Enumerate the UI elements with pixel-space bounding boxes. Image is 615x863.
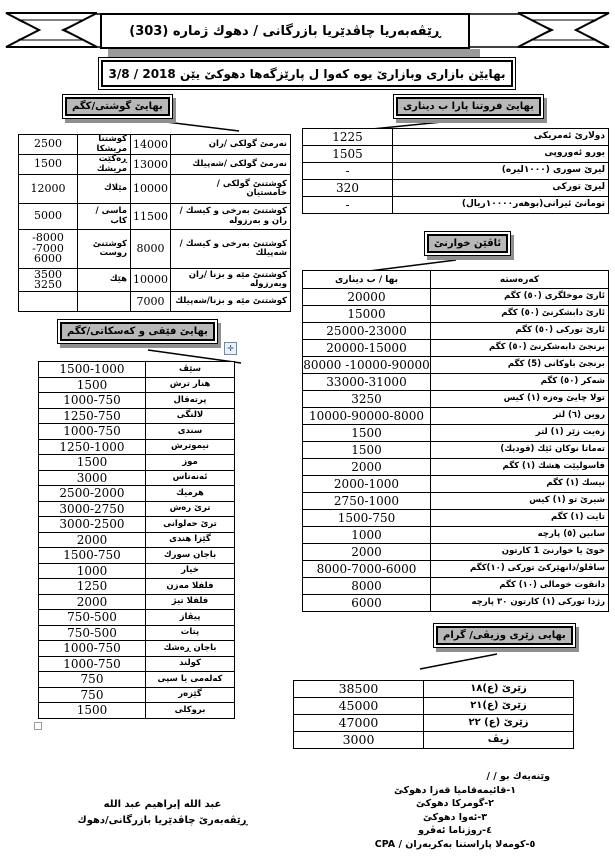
table-cell-name: زێرێ (ع)١٨: [424, 681, 574, 698]
table-cell-price: 20000: [303, 289, 431, 306]
date-banner: بهايێن بازارى وبازارێ يوه كەوا ل پارێزگە…: [98, 57, 516, 90]
table-row: لالنگى1250-750: [39, 408, 235, 424]
table-cell-name: شيرێ تو (١) كيس: [431, 493, 609, 510]
table-cell-price: 1500-750: [39, 548, 146, 564]
table-cell-name: خيار: [146, 563, 235, 579]
date-line: بهايێن بازارى وبازارێ يوه كەوا ل پارێزگە…: [109, 67, 506, 81]
table-cell-name: تومانێ ئيرانى(بوهەر١٠٠٠٠ريال): [393, 197, 609, 214]
distribution-item: ٣-ئەوا دهوكێ: [305, 811, 605, 825]
table-cell-name: بروكلى: [146, 703, 235, 719]
table-cell-name: خوێ يا خوارنێ 1 كارتون: [431, 544, 609, 561]
table-cell-p2: 12000: [19, 175, 78, 204]
table-row: گێزا هندى2000: [39, 532, 235, 548]
table-cell-price: 750-500: [39, 625, 146, 641]
table-cell-name: پرتەقال: [146, 393, 235, 409]
ribbon-tail-right-icon: [518, 13, 609, 47]
table-row: دولارێ ئەمريكى1225: [303, 129, 609, 146]
table-cell-price: 1250: [39, 579, 146, 595]
table-row: تولا چايێ وەزە (١) كيس3250: [303, 391, 609, 408]
table-cell-name: فاسوليێت هشك (١) كگم: [431, 459, 609, 476]
title-shadow-bar: [108, 49, 480, 57]
table-cell-price: 25000-23000: [303, 323, 431, 340]
table-resize-handle[interactable]: [34, 722, 42, 730]
table-row: فلفلا تيژ2000: [39, 594, 235, 610]
table-cell-price: 3000-2500: [39, 517, 146, 533]
table-row: زێرێ (ع) ٢٢47000: [294, 715, 574, 732]
table-cell-name: زيڤ: [424, 732, 574, 749]
table-cell-name: ترێ حەلوانى: [146, 517, 235, 533]
table-row: زێرێ (ع)٢١45000: [294, 698, 574, 715]
move-cross-icon: ✛: [227, 344, 234, 353]
table-cell-price: 3000: [39, 470, 146, 486]
table-cell-price: 1500: [303, 442, 431, 459]
table-row: بروكلى1500: [39, 703, 235, 719]
table-cell-name: باجان سورك: [146, 548, 235, 564]
table-row: زێرێ (ع)١٨38500: [294, 681, 574, 698]
table-cell-name: سێڤ: [146, 362, 235, 378]
table-cell-n1: كوشتنێ مێه و بزنا /ران وبەرزولە: [171, 269, 291, 292]
table-cell-p2: 2500: [19, 135, 78, 155]
gold-section-banner: بهايى زێرى وزيڤى/ گرام: [433, 623, 576, 648]
table-cell-price: 8000-7000-6000: [303, 561, 431, 578]
table-cell-p2: 3500 3250: [19, 269, 78, 292]
food-section-title: ئاڤێن خوارنێ: [427, 234, 508, 253]
table-row: سابين (٥) پارچە1000: [303, 527, 609, 544]
table-row: گێزەر750: [39, 687, 235, 703]
table-cell-n1: نەرمێ گولكى /ران: [171, 135, 291, 155]
ribbon-tail-left-icon: [6, 13, 97, 47]
table-cell-p1: 10000: [131, 269, 171, 292]
table-cell-n2: هێك: [78, 269, 131, 292]
table-row: باجان ڕەشك1000-750: [39, 641, 235, 657]
table-cell-name: كەلەمى يا سپى: [146, 672, 235, 688]
table-cell-n1: كوشتنێ بەرخى و كيسك /ران و بەرزولە: [171, 204, 291, 230]
table-cell-name: زێرێ (ع)٢١: [424, 698, 574, 715]
table-cell-price: 1000: [303, 527, 431, 544]
table-row: برنجێ دابەشكرنێ (٥٠) كگم20000-15000: [303, 340, 609, 357]
table-cell-n1: كوشتنێ مێه و بزنا/شەپيلك: [171, 292, 291, 312]
table-cell-price: -: [303, 163, 393, 180]
table-cell-price: 750: [39, 672, 146, 688]
table-row: يورو ئەوروپى1505: [303, 146, 609, 163]
table-move-handle-icon[interactable]: ✛: [224, 342, 237, 355]
food-item-column-header: كەرەستە: [431, 271, 609, 289]
fruit-vegetable-price-table: سێڤ1500-1000هنار ترش1500پرتەقال1000-750ل…: [38, 361, 235, 719]
table-cell-n1: كوشتنێ بەرخى و كيسك / شەپيلك: [171, 230, 291, 269]
table-cell-price: 20000-15000: [303, 340, 431, 357]
table-row: خيار1000: [39, 563, 235, 579]
table-cell-p2: 5000: [19, 204, 78, 230]
table-cell-p2: 1500: [19, 155, 78, 175]
table-cell-name: سابين (٥) پارچە: [431, 527, 609, 544]
table-cell-price: 1500: [39, 703, 146, 719]
table-row: موز1500: [39, 455, 235, 471]
table-row: ئارێ موخلگرى (٥٠) كگم20000: [303, 289, 609, 306]
table-row: برنجێ باوكانى (5) كگم10000-90000- 80000: [303, 357, 609, 374]
table-cell-name: پيڤاز: [146, 610, 235, 626]
table-cell-price: 1225: [303, 129, 393, 146]
table-row: روين (٦) لتر10000-90000-8000: [303, 408, 609, 425]
table-cell-p1: 8000: [131, 230, 171, 269]
table-row: سێڤ1500-1000: [39, 362, 235, 378]
table-cell-name: رژدا توركى (١) كارتون ٣٠ پارچە: [431, 595, 609, 612]
distribution-item: ٤-روژناما ئەڤرو: [305, 824, 605, 838]
table-cell-name: ترێ رەش: [146, 501, 235, 517]
table-cell-name: ساڤلو/دانهێركێ توركى (١٠)كگم: [431, 561, 609, 578]
table-cell-name: زێرێ (ع) ٢٢: [424, 715, 574, 732]
table-row: خوێ يا خوارنێ 1 كارتون2000: [303, 544, 609, 561]
table-cell-name: تايت (١) كگم: [431, 510, 609, 527]
table-row: كوشتنێ مێه و بزنا /ران وبەرزولە10000هێك3…: [19, 269, 291, 292]
table-cell-name: سندى: [146, 424, 235, 440]
table-cell-price: 10000-90000- 80000: [303, 357, 431, 374]
distribution-list: وێنەيەك بو / / ١-قائيمەقاميا قەزا دهوكێ …: [305, 770, 605, 851]
table-cell-name: باجان ڕەشك: [146, 641, 235, 657]
fruit-section-title: بهايێ فێقى و كەسكاتى/كگم: [60, 322, 215, 341]
table-row: ليرێ سورى (١٠٠٠ليره)-: [303, 163, 609, 180]
table-cell-n2: ڕەكێت مريشك: [78, 155, 131, 175]
table-row: كوشتنێ بەرخى و كيسك /ران و بەرزولە11500م…: [19, 204, 291, 230]
table-cell-name: شەكر (٥٠) كگم: [431, 374, 609, 391]
table-cell-name: كولند: [146, 656, 235, 672]
table-cell-p1: 7000: [131, 292, 171, 312]
table-cell-name: موز: [146, 455, 235, 471]
meat-banner-tail-icon: [148, 118, 243, 134]
table-cell-n2: كوشتنا مريشكا: [78, 135, 131, 155]
table-cell-price: 10000-90000-8000: [303, 408, 431, 425]
table-row: كوشتنێ مێه و بزنا/شەپيلك7000: [19, 292, 291, 312]
currency-section-banner: بهايێ فروتنا پارا ب دينارى: [393, 94, 544, 119]
table-cell-name: نيسك (١) كگم: [431, 476, 609, 493]
table-cell-price: 1000-750: [39, 656, 146, 672]
table-cell-name: ئارێ موخلگرى (٥٠) كگم: [431, 289, 609, 306]
signature-block: عبد الله إبراهيم عبد الله ڕێڤەبەرێ چاڤدێ…: [55, 797, 270, 829]
table-header-row: كەرەستە بها / ب دينارى: [303, 271, 609, 289]
table-row: ئارێ توركى (٥٠) كگم25000-23000: [303, 323, 609, 340]
food-supplies-table: كەرەستە بها / ب دينارى ئارێ موخلگرى (٥٠)…: [302, 270, 609, 612]
table-cell-price: 1000-750: [39, 393, 146, 409]
table-cell-name: تەماتا نوكان ئێك (قوديك): [431, 442, 609, 459]
table-row: كوشتنێ گولكى / خامستيان10000مێلاك12000: [19, 175, 291, 204]
price-bulletin-document: ڕێڤەبەريا چاڤدێريا بازرگانى / دهوك ژماره…: [0, 0, 615, 863]
table-row: كولند1000-750: [39, 656, 235, 672]
table-cell-price: 1250-750: [39, 408, 146, 424]
table-cell-name: روين (٦) لتر: [431, 408, 609, 425]
table-cell-p1: 10000: [131, 175, 171, 204]
table-cell-n1: كوشتنێ گولكى / خامستيان: [171, 175, 291, 204]
table-cell-price: 1500-750: [303, 510, 431, 527]
table-row: تايت (١) كگم1500-750: [303, 510, 609, 527]
table-cell-price: 1000: [39, 563, 146, 579]
table-cell-p1: 11500: [131, 204, 171, 230]
gold-section-title: بهايى زێرى وزيڤى/ گرام: [436, 626, 573, 645]
table-cell-price: 2750-1000: [303, 493, 431, 510]
table-cell-price: 3250: [303, 391, 431, 408]
table-cell-name: پتات: [146, 625, 235, 641]
table-cell-n2: ماسى / كاب: [78, 204, 131, 230]
page-title: ڕێڤەبەريا چاڤدێريا بازرگانى / دهوك ژماره…: [129, 24, 440, 39]
table-cell-name: نيموترش: [146, 439, 235, 455]
table-cell-name: گێزا هندى: [146, 532, 235, 548]
table-row: زەيت زێر (١) لتر1500: [303, 425, 609, 442]
table-cell-name: فلفلا مەزن: [146, 579, 235, 595]
table-row: دانقوت خومالى (١٠) كگم8000: [303, 578, 609, 595]
table-cell-price: 33000-31000: [303, 374, 431, 391]
food-section-banner: ئاڤێن خوارنێ: [424, 231, 511, 256]
table-cell-price: 2000: [303, 459, 431, 476]
table-row: پتات750-500: [39, 625, 235, 641]
distribution-item: ١-قائيمەقاميا قەزا دهوكێ: [305, 784, 605, 798]
table-cell-price: 8000: [303, 578, 431, 595]
table-cell-name: يورو ئەوروپى: [393, 146, 609, 163]
table-cell-p1: 14000: [131, 135, 171, 155]
table-cell-price: 6000: [303, 595, 431, 612]
table-cell-price: 1250-1000: [39, 439, 146, 455]
signature-title: ڕێڤەبەرێ چاڤدێريا بازرگانى/دهوك: [55, 813, 270, 829]
signature-name: عبد الله إبراهيم عبد الله: [55, 797, 270, 813]
table-cell-price: 750-500: [39, 610, 146, 626]
table-row: رژدا توركى (١) كارتون ٣٠ پارچە6000: [303, 595, 609, 612]
table-row: هرميك2500-2000: [39, 486, 235, 502]
table-row: ترێ حەلوانى3000-2500: [39, 517, 235, 533]
table-row: هنار ترش1500: [39, 377, 235, 393]
currency-section-title: بهايێ فروتنا پارا ب دينارى: [396, 97, 541, 116]
table-cell-name: هرميك: [146, 486, 235, 502]
table-row: نيسك (١) كگم2000-1000: [303, 476, 609, 493]
table-row: نيموترش1250-1000: [39, 439, 235, 455]
table-cell-price: 38500: [294, 681, 424, 698]
table-row: كەلەمى يا سپى750: [39, 672, 235, 688]
gold-silver-price-table: زێرێ (ع)١٨38500زێرێ (ع)٢١45000زێرێ (ع) ٢…: [293, 680, 574, 749]
table-row: نەرمێ گولكى /ران14000كوشتنا مريشكا2500: [19, 135, 291, 155]
table-row: شيرێ تو (١) كيس2750-1000: [303, 493, 609, 510]
table-cell-name: دانقوت خومالى (١٠) كگم: [431, 578, 609, 595]
table-cell-name: هنار ترش: [146, 377, 235, 393]
table-cell-price: 47000: [294, 715, 424, 732]
table-cell-p2: 8000- 7000- 6000: [19, 230, 78, 269]
table-cell-name: ئەنەناس: [146, 470, 235, 486]
table-cell-name: برنجێ دابەشكرنێ (٥٠) كگم: [431, 340, 609, 357]
distribution-item: ٢-گومركا دهوكێ: [305, 797, 605, 811]
table-row: تومانێ ئيرانى(بوهەر١٠٠٠٠ريال)-: [303, 197, 609, 214]
table-row: فاسوليێت هشك (١) كگم2000: [303, 459, 609, 476]
table-cell-name: لالنگى: [146, 408, 235, 424]
distribution-item: ٥-كومەلا پاراستنا بەكربەران / CPA: [305, 838, 605, 852]
distribution-list-title: وێنەيەك بو / /: [305, 770, 605, 784]
table-cell-n1: نەرمێ گولكى /شەپيلك: [171, 155, 291, 175]
table-row: باجان سورك1500-750: [39, 548, 235, 564]
table-cell-name: گێزەر: [146, 687, 235, 703]
document-title-box: ڕێڤەبەريا چاڤدێريا بازرگانى / دهوك ژماره…: [100, 13, 470, 49]
table-cell-price: 45000: [294, 698, 424, 715]
table-cell-name: زەيت زێر (١) لتر: [431, 425, 609, 442]
table-cell-price: 1500: [39, 455, 146, 471]
currency-exchange-table: دولارێ ئەمريكى1225يورو ئەوروپى1505ليرێ س…: [302, 128, 609, 214]
table-row: نەرمێ گولكى /شەپيلك13000ڕەكێت مريشك1500: [19, 155, 291, 175]
table-cell-price: 1500-1000: [39, 362, 146, 378]
table-row: فلفلا مەزن1250: [39, 579, 235, 595]
table-cell-price: 2500-2000: [39, 486, 146, 502]
table-row: ليرێ توركى320: [303, 180, 609, 197]
table-row: كوشتنێ بەرخى و كيسك / شەپيلك8000كوشتنێ ر…: [19, 230, 291, 269]
table-cell-name: تولا چايێ وەزە (١) كيس: [431, 391, 609, 408]
table-row: شەكر (٥٠) كگم33000-31000: [303, 374, 609, 391]
table-row: پيڤاز750-500: [39, 610, 235, 626]
table-cell-n2: [78, 292, 131, 312]
table-cell-name: ليرێ توركى: [393, 180, 609, 197]
table-cell-price: 1500: [303, 425, 431, 442]
table-cell-p1: 13000: [131, 155, 171, 175]
meat-section-title: بهايێ گوشتى/كگم: [65, 97, 170, 116]
table-row: ئارێ دابشكرنێ (٥٠) كگم15000: [303, 306, 609, 323]
table-row: ترێ رەش3000-2750: [39, 501, 235, 517]
table-cell-name: دولارێ ئەمريكى: [393, 129, 609, 146]
meat-price-table: نەرمێ گولكى /ران14000كوشتنا مريشكا2500نە…: [18, 134, 291, 312]
food-price-column-header: بها / ب دينارى: [303, 271, 431, 289]
table-cell-price: 2000-1000: [303, 476, 431, 493]
meat-section-banner: بهايێ گوشتى/كگم: [62, 94, 173, 119]
fruit-section-banner: بهايێ فێقى و كەسكاتى/كگم: [57, 319, 218, 344]
table-cell-price: 3000-2750: [39, 501, 146, 517]
table-cell-name: ئارێ توركى (٥٠) كگم: [431, 323, 609, 340]
table-row: زيڤ3000: [294, 732, 574, 749]
table-cell-price: 1500: [39, 377, 146, 393]
table-cell-price: 750: [39, 687, 146, 703]
table-row: ئەنەناس3000: [39, 470, 235, 486]
table-row: سندى1000-750: [39, 424, 235, 440]
table-cell-price: 2000: [39, 594, 146, 610]
table-row: ساڤلو/دانهێركێ توركى (١٠)كگم8000-7000-60…: [303, 561, 609, 578]
table-cell-name: فلفلا تيژ: [146, 594, 235, 610]
table-cell-name: ئارێ دابشكرنێ (٥٠) كگم: [431, 306, 609, 323]
table-cell-price: 3000: [294, 732, 424, 749]
table-cell-price: -: [303, 197, 393, 214]
table-cell-price: 2000: [39, 532, 146, 548]
table-cell-price: 15000: [303, 306, 431, 323]
table-cell-n2: مێلاك: [78, 175, 131, 204]
gold-banner-tail-icon: [418, 653, 500, 671]
table-cell-price: 1505: [303, 146, 393, 163]
table-row: تەماتا نوكان ئێك (قوديك)1500: [303, 442, 609, 459]
table-row: پرتەقال1000-750: [39, 393, 235, 409]
table-cell-price: 320: [303, 180, 393, 197]
table-cell-name: ليرێ سورى (١٠٠٠ليره): [393, 163, 609, 180]
table-cell-price: 1000-750: [39, 424, 146, 440]
table-cell-price: 2000: [303, 544, 431, 561]
table-cell-name: برنجێ باوكانى (5) كگم: [431, 357, 609, 374]
table-cell-n2: كوشتنێ روست: [78, 230, 131, 269]
table-cell-p2: [19, 292, 78, 312]
table-cell-price: 1000-750: [39, 641, 146, 657]
